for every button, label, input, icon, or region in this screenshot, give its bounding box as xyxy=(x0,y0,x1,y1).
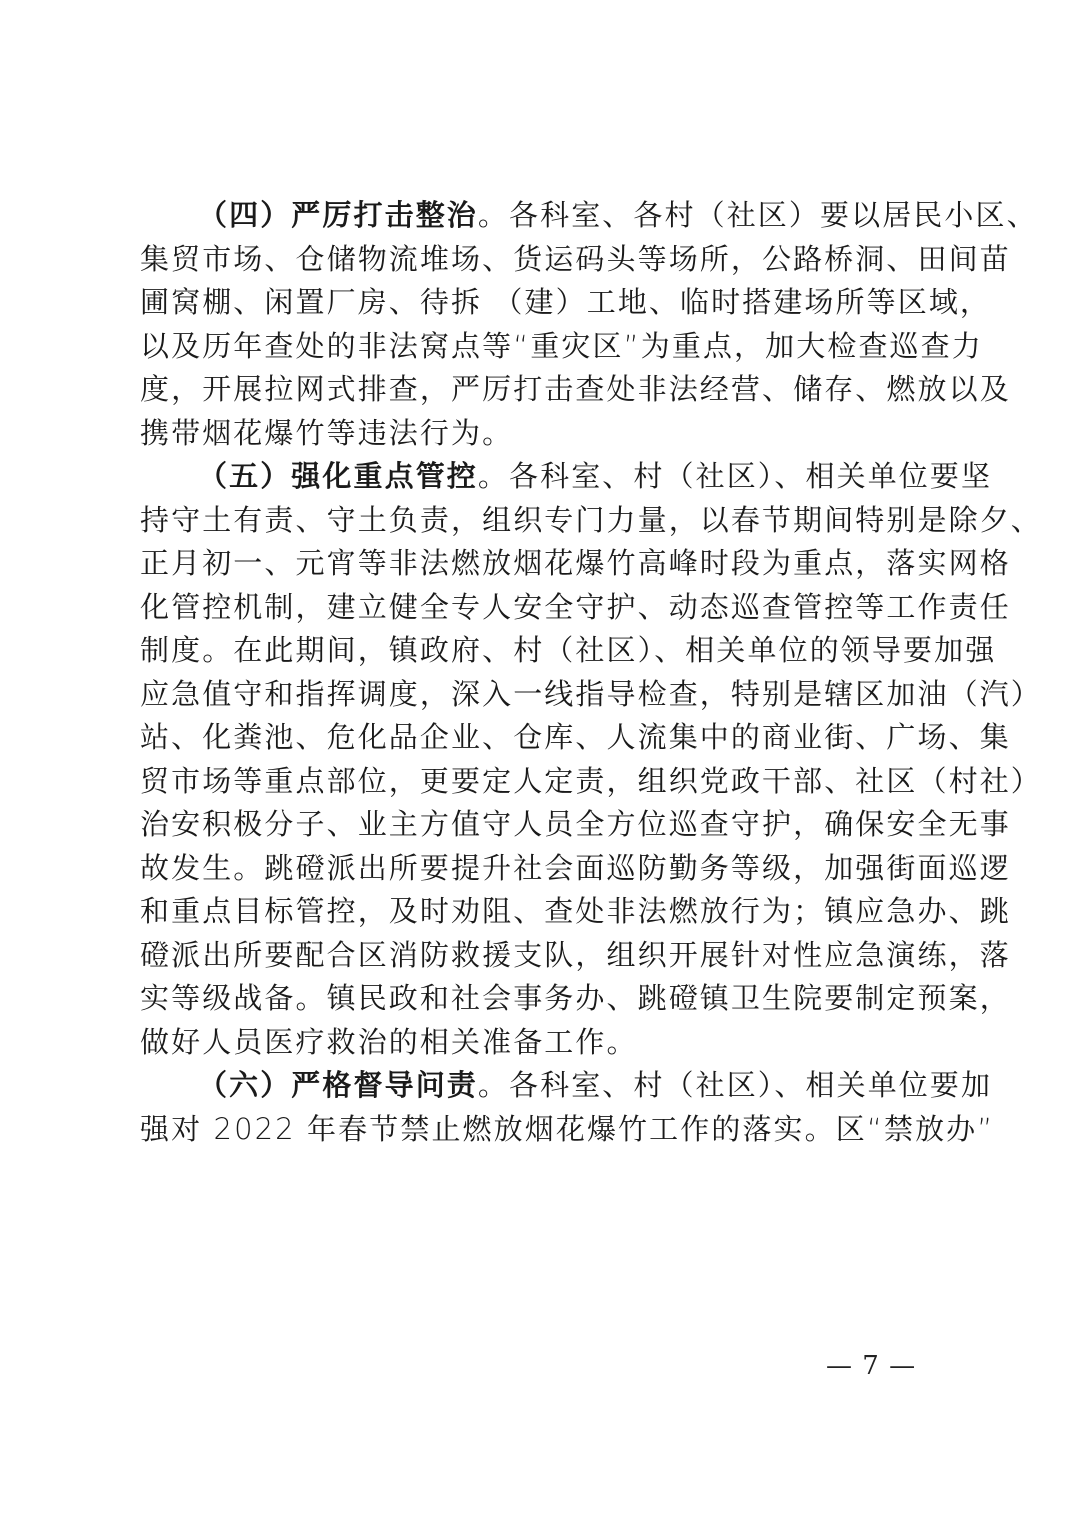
section-heading: （六）严格督导问责 xyxy=(198,1068,478,1102)
text-line: 治安积极分子、业主方值守人员全方位巡查守护，确保安全无事 xyxy=(140,803,936,847)
text-line: 和重点目标管控，及时劝阻、查处非法燃放行为；镇应急办、跳 xyxy=(140,890,936,934)
text-line: 持守土有责、守土负责，组织专门力量，以春节期间特别是除夕、 xyxy=(140,499,936,543)
paragraph-supervision-accountability: （六）严格督导问责。各科室、村（社区）、相关单位要加 强对 2022 年春节禁止… xyxy=(140,1064,936,1151)
text-line: 度，开展拉网式排查，严厉打击查处非法经营、储存、燃放以及 xyxy=(140,368,936,412)
text-line: 圃窝棚、闲置厂房、待拆 （建）工地、临时搭建场所等区域， xyxy=(140,281,936,325)
text-line: 故发生。跳磴派出所要提升社会面巡防勤务等级，加强街面巡逻 xyxy=(140,847,936,891)
document-page: （四）严厉打击整治。各科室、各村（社区）要以居民小区、 集贸市场、仓储物流堆场、… xyxy=(140,194,936,1151)
text-line: （四）严厉打击整治。各科室、各村（社区）要以居民小区、 xyxy=(140,194,936,238)
text-line: 磴派出所要配合区消防救援支队，组织开展针对性应急演练，落 xyxy=(140,934,936,978)
text-line: 做好人员医疗救治的相关准备工作。 xyxy=(140,1021,936,1065)
text-line: 强对 2022 年春节禁止燃放烟花爆竹工作的落实。区“禁放办” xyxy=(140,1108,936,1152)
text-line: 制度。在此期间，镇政府、村（社区）、相关单位的领导要加强 xyxy=(140,629,936,673)
text-line: 以及历年查处的非法窝点等“重灾区”为重点，加大检查巡查力 xyxy=(140,325,936,369)
section-heading: （四）严厉打击整治 xyxy=(198,198,478,232)
paragraph-key-control: （五）强化重点管控。各科室、村（社区）、相关单位要坚 持守土有责、守土负责，组织… xyxy=(140,455,936,1064)
text-line: 集贸市场、仓储物流堆场、货运码头等场所，公路桥洞、田间苗 xyxy=(140,238,936,282)
text-line: 携带烟花爆竹等违法行为。 xyxy=(140,412,936,456)
text-line: （六）严格督导问责。各科室、村（社区）、相关单位要加 xyxy=(140,1064,936,1108)
section-heading: （五）强化重点管控 xyxy=(198,459,478,493)
text-line: 正月初一、元宵等非法燃放烟花爆竹高峰时段为重点，落实网格 xyxy=(140,542,936,586)
text-line: 实等级战备。镇民政和社会事务办、跳磴镇卫生院要制定预案， xyxy=(140,977,936,1021)
paragraph-strict-crackdown: （四）严厉打击整治。各科室、各村（社区）要以居民小区、 集贸市场、仓储物流堆场、… xyxy=(140,194,936,455)
text-line: 化管控机制，建立健全专人安全守护、动态巡查管控等工作责任 xyxy=(140,586,936,630)
text-line: （五）强化重点管控。各科室、村（社区）、相关单位要坚 xyxy=(140,455,936,499)
text-line: 应急值守和指挥调度，深入一线指导检查，特别是辖区加油（汽） xyxy=(140,673,936,717)
text-line: 贸市场等重点部位，更要定人定责，组织党政干部、社区（村社） xyxy=(140,760,936,804)
page-number: — 7 — xyxy=(826,1351,916,1381)
text-line: 站、化粪池、危化品企业、仓库、人流集中的商业街、广场、集 xyxy=(140,716,936,760)
